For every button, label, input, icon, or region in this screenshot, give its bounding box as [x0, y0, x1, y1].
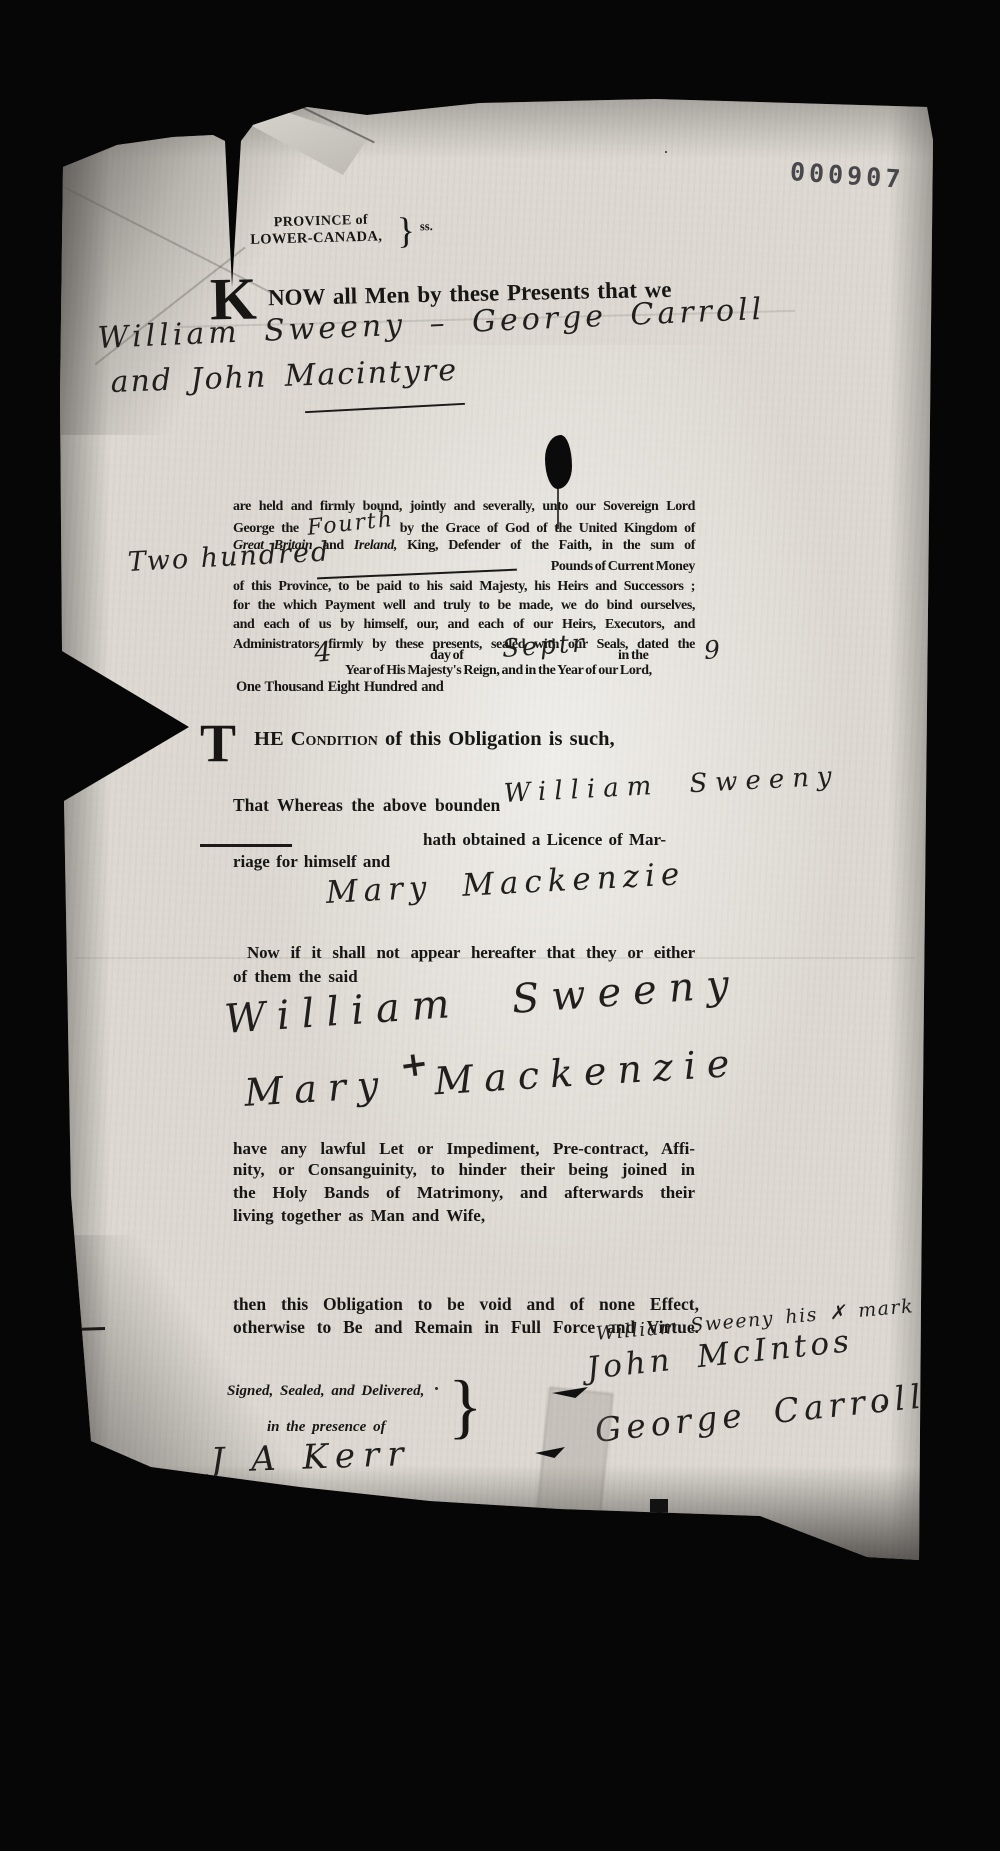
impediment-line: the Holy Bands of Matrimony, and afterwa…: [233, 1183, 695, 1203]
edge-shadow-top: [55, 95, 935, 159]
attestation-line2: in the presence of: [267, 1419, 386, 1436]
speck: [523, 287, 526, 290]
bond-text: George the: [233, 521, 299, 536]
bond-line: for the which Payment well and truly to …: [233, 596, 695, 616]
bond-text-italic: Ireland,: [354, 538, 397, 553]
bond-line: One Thousand Eight Hundred and: [236, 678, 443, 698]
whereas-line3: riage for himself and: [233, 852, 390, 872]
edge-shadow-bottom: [55, 1465, 935, 1560]
speck: [435, 1387, 438, 1390]
province-header: PROVINCE of LOWER-CANADA, } ss.: [250, 210, 471, 249]
bond-line: Pounds of Current Money: [233, 557, 695, 577]
impediment-line: have any lawful Let or Impediment, Pre-c…: [233, 1137, 695, 1160]
obligation-line1: then this Obligation to be void and of n…: [233, 1294, 699, 1315]
handwritten-groom-name: William Sweeny: [503, 761, 840, 809]
impediment-line: living together as Man and Wife,: [233, 1206, 485, 1226]
dropcap-t: T: [200, 717, 236, 769]
ink-blot: [545, 435, 572, 489]
whereas-line1: That Whereas the above bounden: [233, 795, 500, 816]
edge-shadow-left: [55, 95, 110, 1560]
condition-text-smallcaps: Condition: [291, 728, 378, 750]
province-brace: }: [397, 210, 416, 253]
bond-document-paper: 000907 PROVINCE of LOWER-CANADA, } ss. K…: [55, 95, 935, 1560]
speck: [881, 1405, 885, 1409]
handwritten-king-ordinal: Fourth: [306, 510, 395, 538]
stray-pen-stroke: [45, 1327, 105, 1332]
folded-corner-flap: [247, 101, 367, 175]
handwritten-month: Septr: [501, 628, 588, 663]
registration-stamp-number: 000907: [789, 157, 905, 194]
condition-text: HE: [254, 728, 291, 750]
proviso-line1: Now if it shall not appear hereafter tha…: [247, 943, 695, 963]
jurat-ss: ss.: [420, 219, 433, 234]
handwritten-witness-signature: J A Kerr: [210, 1434, 412, 1481]
handwritten-day: 4: [313, 637, 333, 669]
speck: [665, 151, 667, 153]
bond-line: are held and firmly bound, jointly and s…: [233, 497, 695, 517]
ink-mark-square: [650, 1499, 668, 1513]
handwritten-parties-line2: and John Macintyre: [110, 353, 459, 400]
impediment-line: nity, or Consanguinity, to hinder their …: [233, 1160, 695, 1180]
signature-flourish: [305, 403, 465, 413]
bond-line: and each of us by himself, our, and each…: [233, 615, 695, 635]
bond-text: by the Grace of God of the United Kingdo…: [400, 521, 695, 536]
bond-line: of this Province, to be paid to his said…: [233, 577, 695, 597]
whereas-line2: hath obtained a Licence of Mar-: [423, 830, 666, 850]
blank-rule: [200, 844, 292, 847]
bond-text: King, Defender of the Faith, in the sum …: [407, 538, 695, 553]
handwritten-regnal-year: 9: [703, 635, 721, 665]
handwritten-bride-name-large: Mary Mackenzie: [243, 1041, 742, 1115]
microfilm-scan: 000907 PROVINCE of LOWER-CANADA, } ss. K…: [0, 0, 1000, 1851]
edge-shadow-right: [889, 95, 935, 1560]
condition-text: of this Obligation is such,: [378, 728, 615, 750]
attestation-line1: Signed, Sealed, and Delivered,: [227, 1383, 424, 1400]
attestation-brace: }: [448, 1361, 483, 1451]
speck: [575, 1171, 577, 1174]
handwritten-surety-signature: George Carroll: [593, 1376, 927, 1450]
proviso-line2: of them the said: [233, 967, 358, 987]
condition-heading: HE Condition of this Obligation is such,: [254, 728, 615, 751]
